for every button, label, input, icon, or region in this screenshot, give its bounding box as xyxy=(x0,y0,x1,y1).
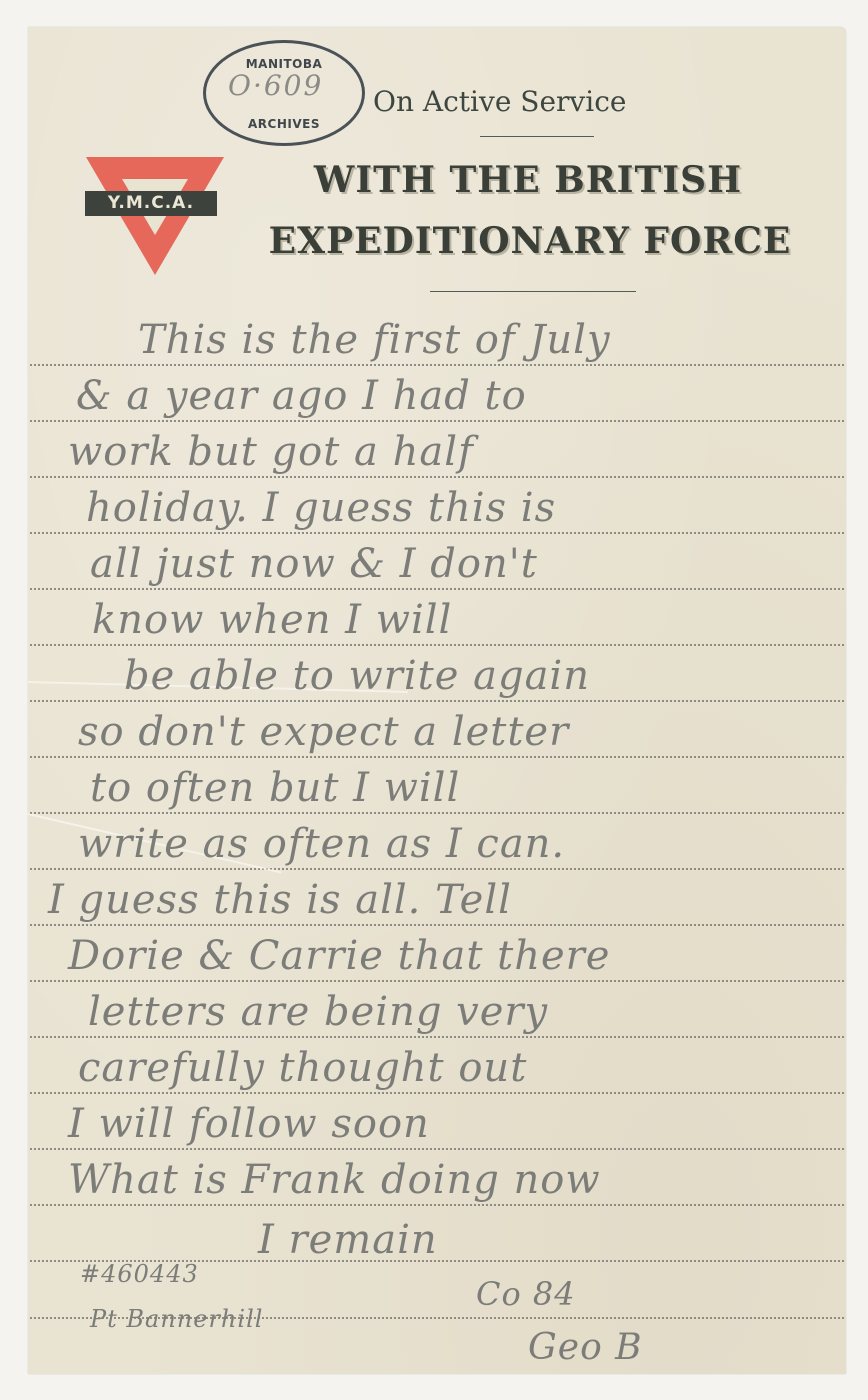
ruled-line xyxy=(30,980,844,982)
regimental-number: #460443 xyxy=(80,1260,199,1288)
handwritten-line: write as often as I can. xyxy=(78,821,565,867)
handwritten-line: letters are being very xyxy=(88,989,548,1035)
ruled-line xyxy=(30,364,844,366)
handwritten-line: holiday. I guess this is xyxy=(86,485,556,531)
handwritten-line: What is Frank doing now xyxy=(68,1157,601,1203)
handwritten-line: This is the first of July xyxy=(138,317,611,363)
ymca-triangle-icon xyxy=(86,157,224,275)
handwritten-line: to often but I will xyxy=(90,765,460,811)
ruled-line xyxy=(30,644,844,646)
handwritten-line: Dorie & Carrie that there xyxy=(68,933,610,979)
handwritten-line: work but got a half xyxy=(68,429,474,475)
ymca-logo-label: Y.M.C.A. xyxy=(85,191,217,216)
ruled-line xyxy=(30,1036,844,1038)
ruled-line xyxy=(30,868,844,870)
handwritten-line: & a year ago I had to xyxy=(76,373,527,419)
sender-address: Pt Bannerhill xyxy=(90,1305,263,1333)
ruled-line xyxy=(30,812,844,814)
handwritten-line: I will follow soon xyxy=(68,1101,430,1147)
ruled-line xyxy=(30,700,844,702)
handwritten-line: all just now & I don't xyxy=(90,541,538,587)
headline-divider xyxy=(430,291,636,292)
ruled-line xyxy=(30,1148,844,1150)
handwritten-line: I guess this is all. Tell xyxy=(48,877,512,923)
headline-line-1: WITH THE BRITISH xyxy=(268,159,788,201)
ruled-line xyxy=(30,1092,844,1094)
ruled-line xyxy=(30,588,844,590)
stamp-number: O·609 xyxy=(228,69,323,102)
handwritten-line: know when I will xyxy=(92,597,452,643)
closing-text: I remain xyxy=(258,1217,438,1263)
tagline-divider xyxy=(480,136,594,137)
ruled-line xyxy=(30,420,844,422)
ruled-line xyxy=(30,756,844,758)
signature: Geo B xyxy=(528,1327,643,1368)
letter-sheet: MANITOBA O·609 ARCHIVES On Active Servic… xyxy=(28,27,846,1374)
stamp-bottom-text: ARCHIVES xyxy=(206,117,362,131)
ruled-line xyxy=(30,924,844,926)
ruled-line xyxy=(30,1204,844,1206)
ruled-line xyxy=(30,476,844,478)
manitoba-archives-stamp: MANITOBA O·609 ARCHIVES xyxy=(203,40,365,146)
on-active-service-tagline: On Active Service xyxy=(373,85,626,118)
handwritten-line: be able to write again xyxy=(124,653,590,699)
ruled-line xyxy=(30,532,844,534)
unit-label: Co 84 xyxy=(476,1275,576,1313)
headline-line-2: EXPEDITIONARY FORCE xyxy=(260,220,800,262)
handwritten-line: so don't expect a letter xyxy=(78,709,569,755)
handwritten-line: carefully thought out xyxy=(78,1045,527,1091)
